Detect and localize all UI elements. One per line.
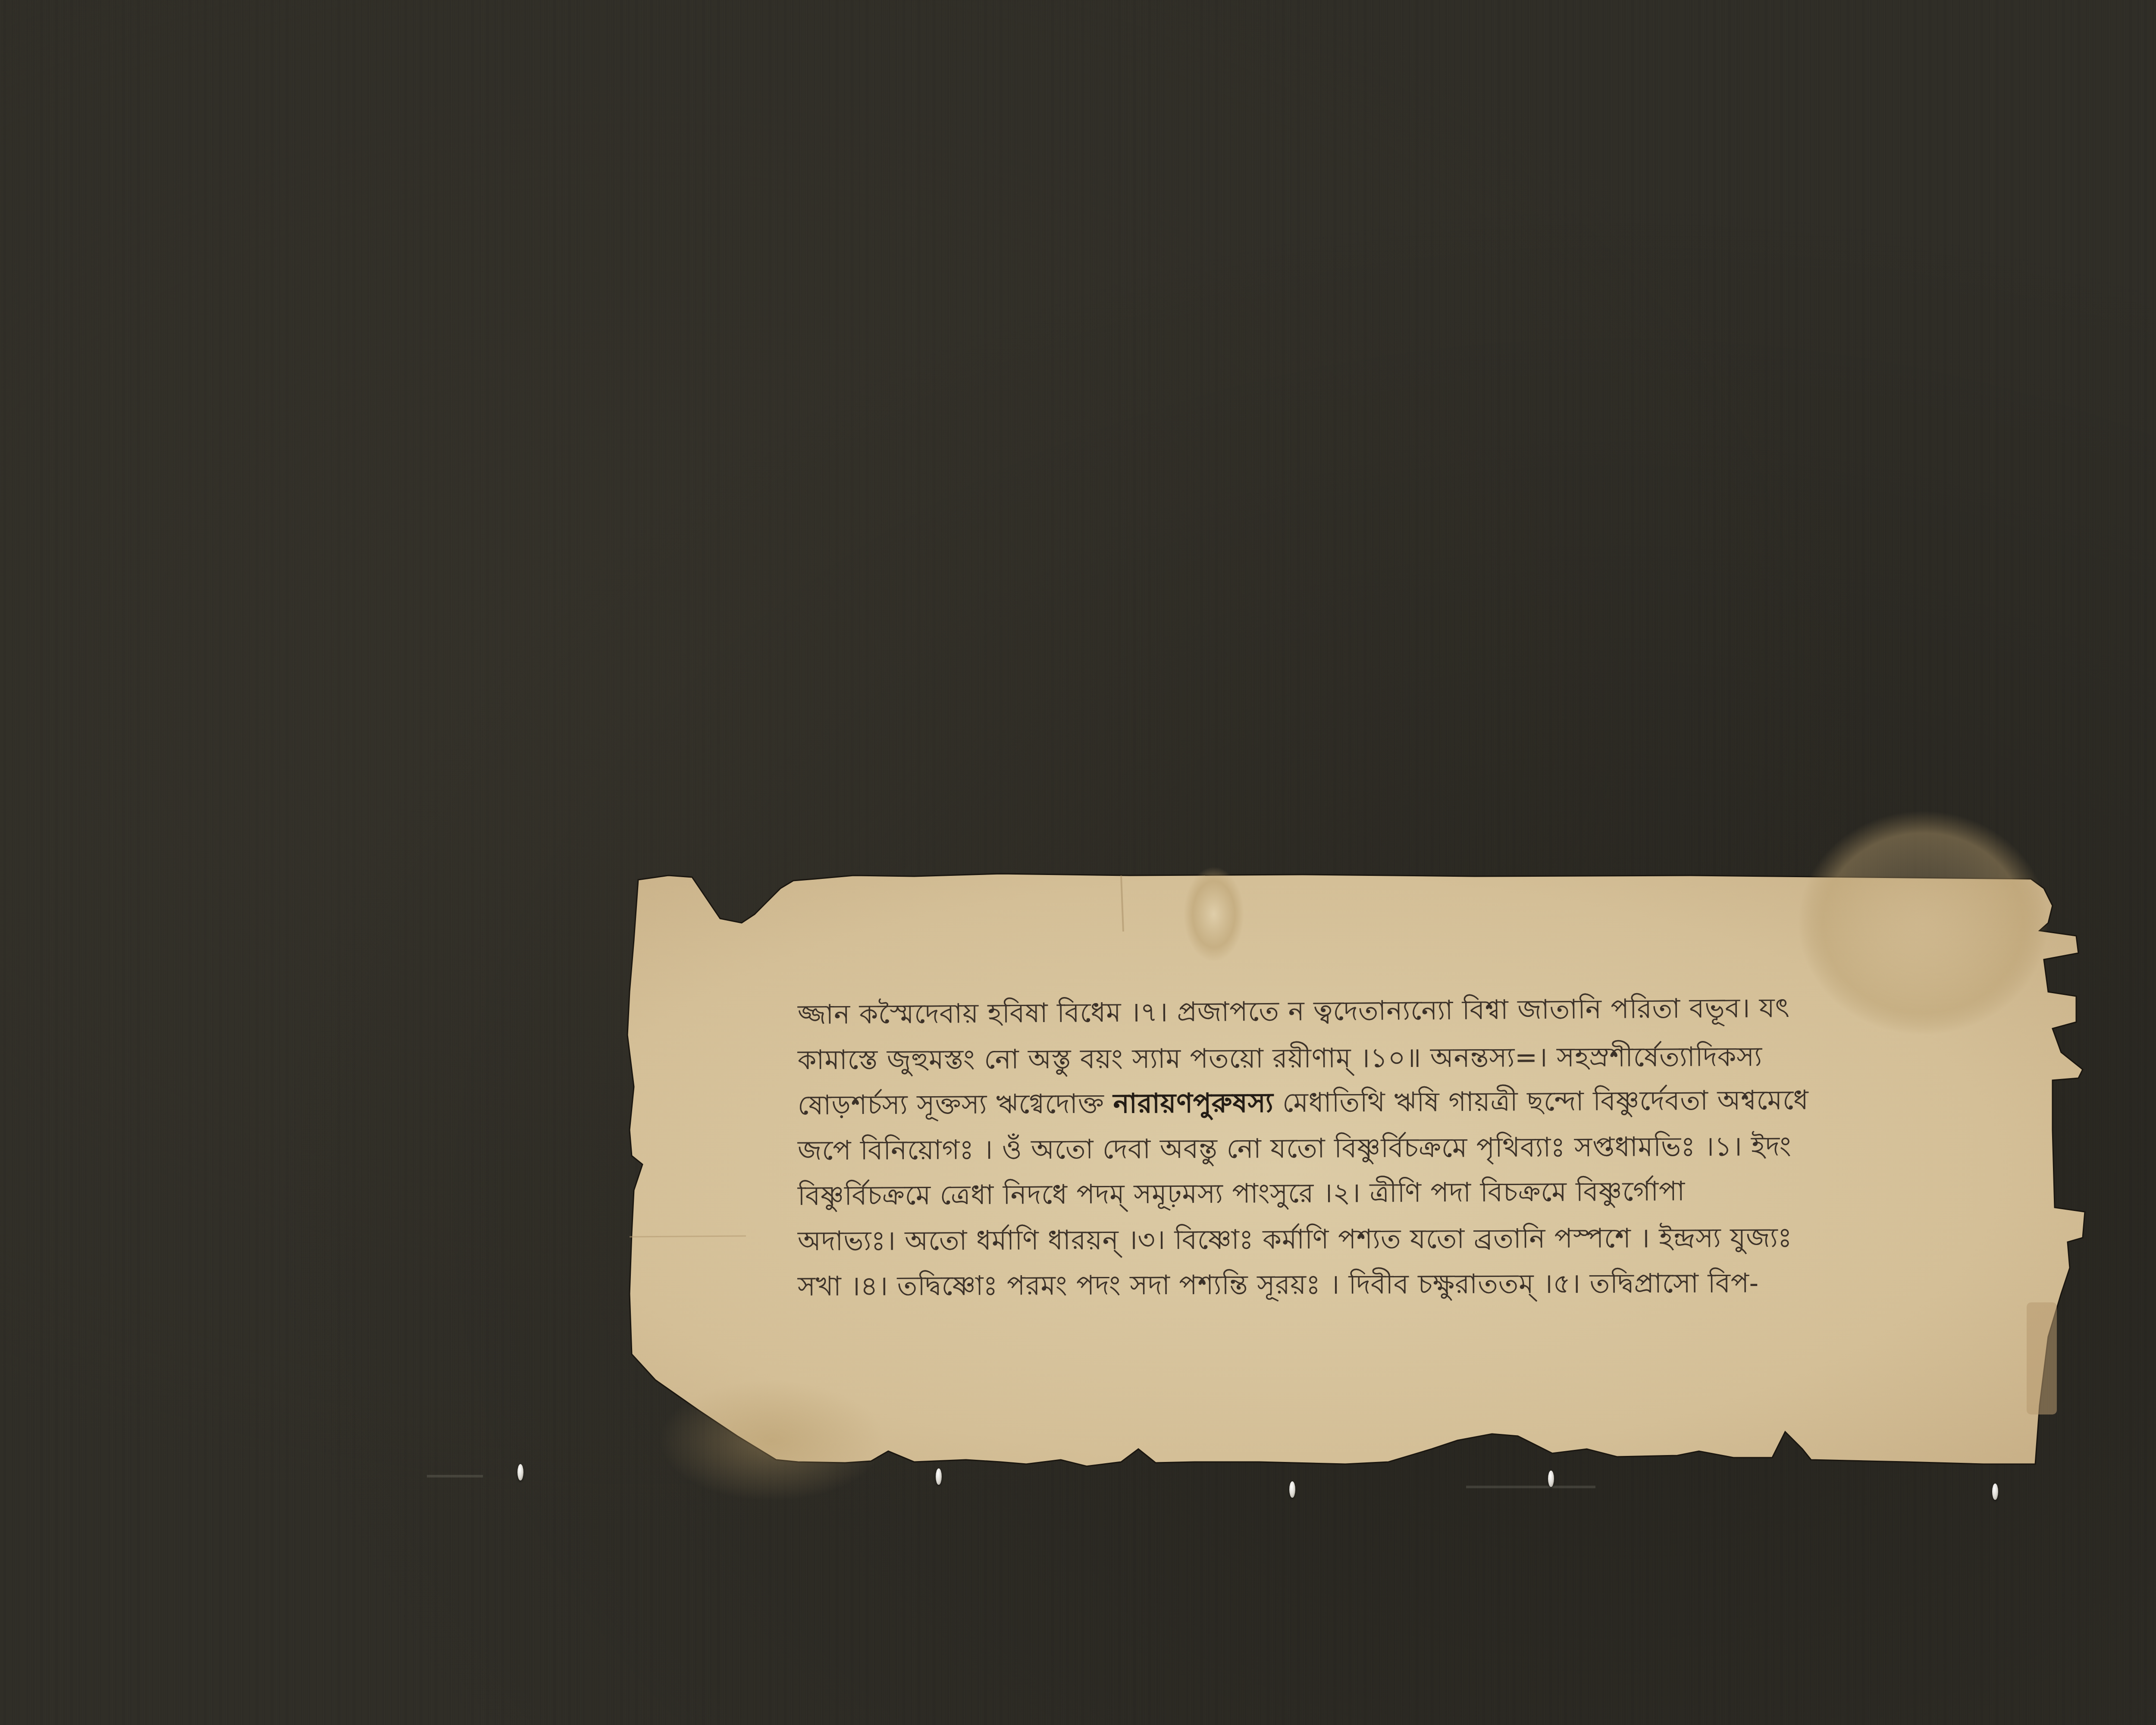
- manuscript-line: সখা ।৪। তদ্বিষ্ণোঃ পরমং পদং সদা পশ্যন্তি…: [798, 1259, 2048, 1309]
- manuscript-line: জপে বিনিয়োগঃ । ওঁ অতো দেবা অবন্তু নো যত…: [798, 1122, 2048, 1173]
- manuscript-line: অদাভ্যঃ। অতো ধর্মাণি ধারয়ন্ ।৩। বিষ্ণোঃ…: [798, 1214, 2048, 1264]
- manuscript-leaf: জ্জান কস্মৈদেবায় হবিষা বিধেম ।৭। প্রজাপ…: [612, 862, 2156, 1483]
- line-text: অদাভ্যঃ। অতো ধর্মাণি ধারয়ন্ ।৩। বিষ্ণোঃ…: [798, 1222, 1792, 1257]
- pin-icon: [936, 1468, 942, 1485]
- manuscript-text: জ্জান কস্মৈদেবায় হবিষা বিধেম ।৭। প্রজাপ…: [798, 992, 2048, 1309]
- line-text: জ্জান কস্মৈদেবায় হবিষা বিধেম ।৭। প্রজাপ…: [798, 992, 1790, 1030]
- manuscript-line: ষোড়শর্চস্য সূক্তস্য ঋগ্বেদোক্ত নারায়ণপ…: [798, 1076, 2049, 1128]
- emphasized-word: নারায়ণপুরুষস্য: [1113, 1087, 1274, 1119]
- line-text: বিষ্ণুর্বিচক্রমে ত্রেধা নিদধে পদম্ সমূঢ়…: [798, 1175, 1686, 1211]
- pin-icon: [517, 1464, 523, 1480]
- manuscript-line: কামাস্তে জুহুমস্তং নো অস্তু বয়ং স্যাম প…: [798, 1033, 2048, 1082]
- line-text: মেধাতিথি ঋষি গায়ত্রী ছন্দো বিষ্ণুর্দেবত…: [1273, 1084, 1809, 1118]
- manuscript-line: বিষ্ণুর্বিচক্রমে ত্রেধা নিদধে পদম্ সমূঢ়…: [798, 1167, 2049, 1218]
- pin-icon: [1992, 1483, 1998, 1500]
- line-text: জপে বিনিয়োগঃ । ওঁ অতো দেবা অবন্তু নো যত…: [798, 1130, 1792, 1166]
- line-text: ষোড়শর্চস্য সূক্তস্য ঋগ্বেদোক্ত: [798, 1088, 1113, 1121]
- pin-icon: [1289, 1481, 1295, 1498]
- mounting-thread: [1466, 1486, 1595, 1488]
- line-text: কামাস্তে জুহুমস্তং নো অস্তু বয়ং স্যাম প…: [798, 1041, 1762, 1076]
- mounting-thread: [427, 1475, 483, 1477]
- pin-icon: [1548, 1471, 1554, 1487]
- manuscript-line: জ্জান কস্মৈদেবায় হবিষা বিধেম ।৭। প্রজাপ…: [798, 983, 2049, 1037]
- line-text: সখা ।৪। তদ্বিষ্ণোঃ পরমং পদং সদা পশ্যন্তি…: [798, 1267, 1759, 1302]
